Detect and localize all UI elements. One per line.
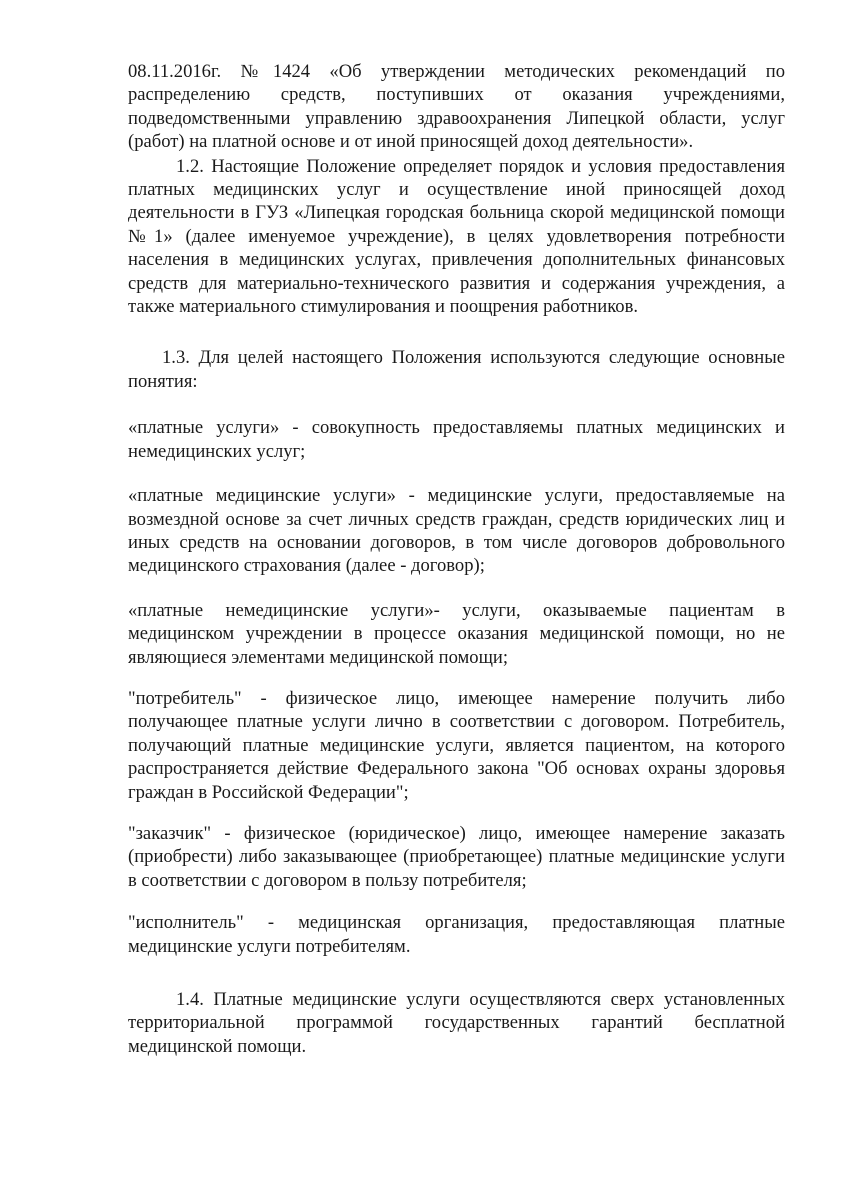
definition-paid-services: «платные услуги» - совокупность предоста… xyxy=(128,416,785,463)
definition-paid-medical-services: «платные медицинские услуги» - медицинск… xyxy=(128,484,785,578)
paragraph-intro-continuation: 08.11.2016г. №1424 «Об утверждении метод… xyxy=(128,60,785,154)
paragraph-section-1-2: 1.2. Настоящие Положение определяет поря… xyxy=(128,155,785,319)
definition-consumer: "потребитель" - физическое лицо, имеющее… xyxy=(128,687,785,804)
document-page: 08.11.2016г. №1424 «Об утверждении метод… xyxy=(128,60,785,1058)
definition-contractor: "исполнитель" - медицинская организация,… xyxy=(128,911,785,958)
paragraph-section-1-4: 1.4. Платные медицинские услуги осуществ… xyxy=(128,988,785,1058)
definition-paid-nonmedical-services: «платные немедицинские услуги»- услуги, … xyxy=(128,599,785,669)
paragraph-section-1-3: 1.3. Для целей настоящего Положения испо… xyxy=(128,346,785,393)
definition-customer: "заказчик" - физическое (юридическое) ли… xyxy=(128,822,785,892)
